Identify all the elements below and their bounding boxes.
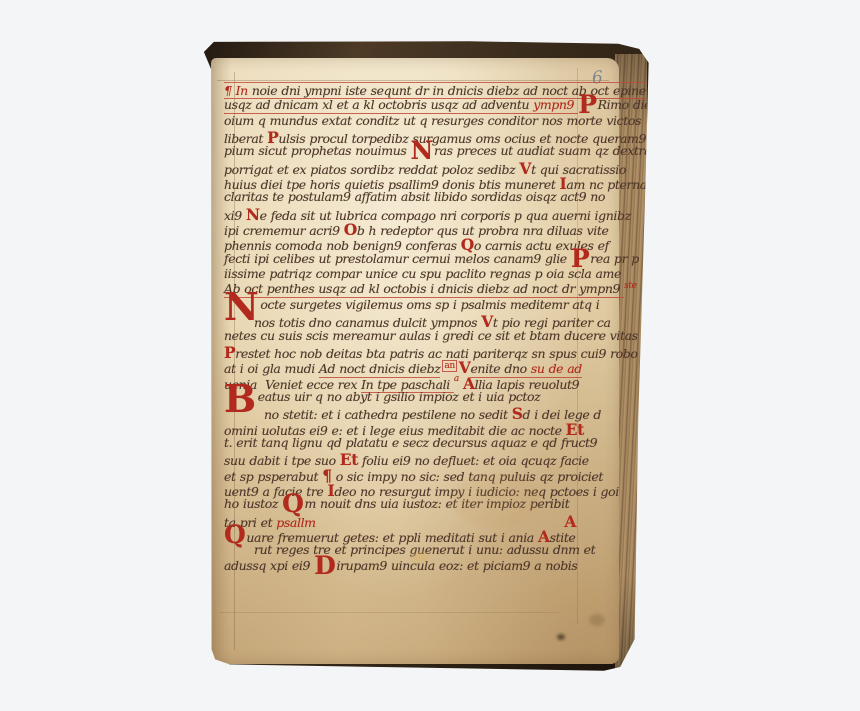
text-line: ¶ In noie dni ympni iste sequnt dr in dn… bbox=[224, 82, 576, 97]
text-line: phennis comoda nob benign9 conferas Qo c… bbox=[224, 235, 576, 250]
text-line: ipi crememur acri9 Ob h redeptor qus ut … bbox=[224, 220, 576, 235]
text-segment: et sp psperabut bbox=[224, 469, 322, 484]
text-segment: Ab oct penthes usqz ad kl octobis i dnic… bbox=[224, 281, 624, 298]
rubric-segment: su de ad bbox=[531, 361, 582, 378]
text-line: usqz ad dnicam xl et a kl octobris usqz … bbox=[224, 97, 576, 112]
rubric-segment: an bbox=[442, 360, 456, 372]
text-line: adussq xpi ei9 Dirupam9 uincula eoz: et … bbox=[224, 558, 576, 573]
rubric-segment: A bbox=[564, 512, 576, 531]
text-line: liberat Pulsis procul torpedibz surgamus… bbox=[224, 128, 576, 143]
text-segment: enite dno bbox=[470, 361, 530, 378]
text-line: oium q mundus extat conditz ut q resurge… bbox=[224, 113, 576, 128]
text-line: at i oi gla mudi Ad noct dnicis diebzanV… bbox=[224, 358, 576, 373]
text-line: Prestet hoc nob deitas bta patris ac nat… bbox=[224, 343, 576, 358]
rubric-segment: ympn9 bbox=[533, 97, 578, 114]
text-line: netes cu suis scis mereamur aulas i gred… bbox=[224, 328, 576, 343]
text-segment: usqz ad dnicam xl et a kl octobris usqz … bbox=[224, 97, 533, 114]
text-line: suu dabit i tpe suo Et foliu ei9 no defl… bbox=[224, 450, 576, 465]
text-line: Beatus uir q no abyt i gsilio impioz et … bbox=[224, 389, 576, 404]
manuscript-book: 6 ¶ In noie dni ympni iste sequnt dr in … bbox=[198, 40, 650, 672]
text-line: nos totis dno canamus dulcit ympnos Vt p… bbox=[224, 312, 576, 327]
text-line: huius diei tpe horis quietis psallim9 do… bbox=[224, 174, 576, 189]
rubric-initial: N bbox=[410, 141, 432, 161]
text-line: Quare fremuerut getes: et ppli meditati … bbox=[224, 527, 576, 542]
parchment-stain bbox=[589, 614, 605, 626]
text-segment: restet hoc nob deitas bta patris ac nati… bbox=[235, 346, 637, 361]
rubric-segment: N bbox=[246, 205, 260, 224]
rubric-segment: O bbox=[344, 220, 357, 239]
text-line: no stetit: et i cathedra pestilene no se… bbox=[224, 404, 576, 419]
manuscript-page: 6 ¶ In noie dni ympni iste sequnt dr in … bbox=[211, 58, 619, 664]
text-segment: foliu ei9 no defluet: et oia qcuqz facie bbox=[358, 453, 589, 468]
text-segment: Rimo dier bbox=[598, 97, 657, 112]
text-line: fecti ipi celibes ut prestolamur cernui … bbox=[224, 251, 576, 266]
text-segment: xi9 bbox=[224, 208, 246, 223]
rubric-segment: ste bbox=[624, 281, 636, 291]
text-segment: ras preces ut audiat suam qz dextras bbox=[434, 143, 657, 158]
text-segment: ipi crememur acri9 bbox=[224, 223, 344, 238]
text-segment: adussq xpi ei9 bbox=[224, 558, 314, 573]
rubric-initial: B bbox=[224, 385, 256, 414]
text-line: claritas te postulam9 affatim absit libi… bbox=[224, 189, 576, 204]
rubric-segment: V bbox=[519, 159, 531, 178]
text-segment: no stetit: et i cathedra pestilene no se… bbox=[264, 407, 512, 422]
top-margin-rule bbox=[217, 80, 609, 81]
text-segment: t qui sacratissio bbox=[531, 162, 626, 177]
text-line: uenia Veniet ecce rex In tpe paschali a … bbox=[224, 374, 576, 389]
text-segment: b h redeptor qus ut probra nra diluas vi… bbox=[357, 223, 609, 238]
text-line: omini uolutas ei9 e: et i lege eius medi… bbox=[224, 420, 576, 435]
text-line: rut reges tre et principes guenerut i un… bbox=[224, 542, 576, 557]
rubric-segment: S bbox=[512, 404, 523, 423]
photo-backdrop: 6 ¶ In noie dni ympni iste sequnt dr in … bbox=[0, 0, 860, 711]
text-segment: Ad noct dnicis diebz bbox=[319, 361, 441, 378]
text-segment: ho iustoz bbox=[224, 496, 282, 511]
rubric-initial: P bbox=[578, 95, 596, 115]
text-segment: claritas te postulam9 affatim absit libi… bbox=[224, 189, 605, 204]
text-segment: irupam9 uincula eoz: et piciam9 a nobis bbox=[336, 558, 577, 573]
parchment-stain bbox=[411, 552, 429, 563]
text-line: iissime patriqz compar unice cu spu pacl… bbox=[224, 266, 576, 281]
text-line: pium sicut prophetas nouimus Nras preces… bbox=[224, 143, 576, 158]
text-segment: at i oi gla mudi bbox=[224, 361, 319, 376]
text-line: Ab oct penthes usqz ad kl octobis i dnic… bbox=[224, 281, 576, 296]
text-line: porrigat et ex piatos sordibz reddat pol… bbox=[224, 159, 576, 174]
rubric-initial: Q bbox=[224, 525, 245, 545]
text-line: Nocte surgetes vigilemus oms sp i psalmi… bbox=[224, 297, 576, 312]
rubric-segment: Et bbox=[340, 450, 358, 469]
text-segment: octe surgetes vigilemus oms sp i psalmis… bbox=[260, 297, 599, 312]
parchment-stain bbox=[451, 473, 541, 528]
text-segment: t. erit tanq lignu qd platatu e secz dec… bbox=[224, 435, 597, 450]
text-line: xi9 Ne feda sit ut lubrica compago nri c… bbox=[224, 205, 576, 220]
text-segment: netes cu suis scis mereamur aulas i gred… bbox=[224, 328, 638, 343]
bottom-margin-rule bbox=[219, 612, 559, 613]
rubric-initial: P bbox=[571, 249, 589, 269]
text-segment: eatus uir q no abyt i gsilio impioz et i… bbox=[258, 389, 541, 404]
text-segment: iissime patriqz compar unice cu spu pacl… bbox=[224, 266, 621, 281]
text-segment: porrigat et ex piatos sordibz reddat pol… bbox=[224, 162, 519, 177]
rubric-initial: N bbox=[224, 293, 258, 322]
text-line: t. erit tanq lignu qd platatu e secz dec… bbox=[224, 435, 576, 450]
text-segment: pium sicut prophetas nouimus bbox=[224, 143, 410, 158]
text-segment: rea pr p bbox=[590, 251, 639, 266]
parchment-stain bbox=[541, 578, 601, 618]
rubric-segment: P bbox=[224, 343, 235, 362]
rubric-initial: D bbox=[314, 556, 335, 576]
parchment-stain bbox=[557, 634, 565, 640]
text-segment: e feda sit ut lubrica compago nri corpor… bbox=[260, 208, 631, 223]
rubric-initial: Q bbox=[282, 494, 303, 514]
text-segment: d i dei lege d bbox=[523, 407, 602, 422]
text-segment: fecti ipi celibes ut prestolamur cernui … bbox=[224, 251, 571, 266]
